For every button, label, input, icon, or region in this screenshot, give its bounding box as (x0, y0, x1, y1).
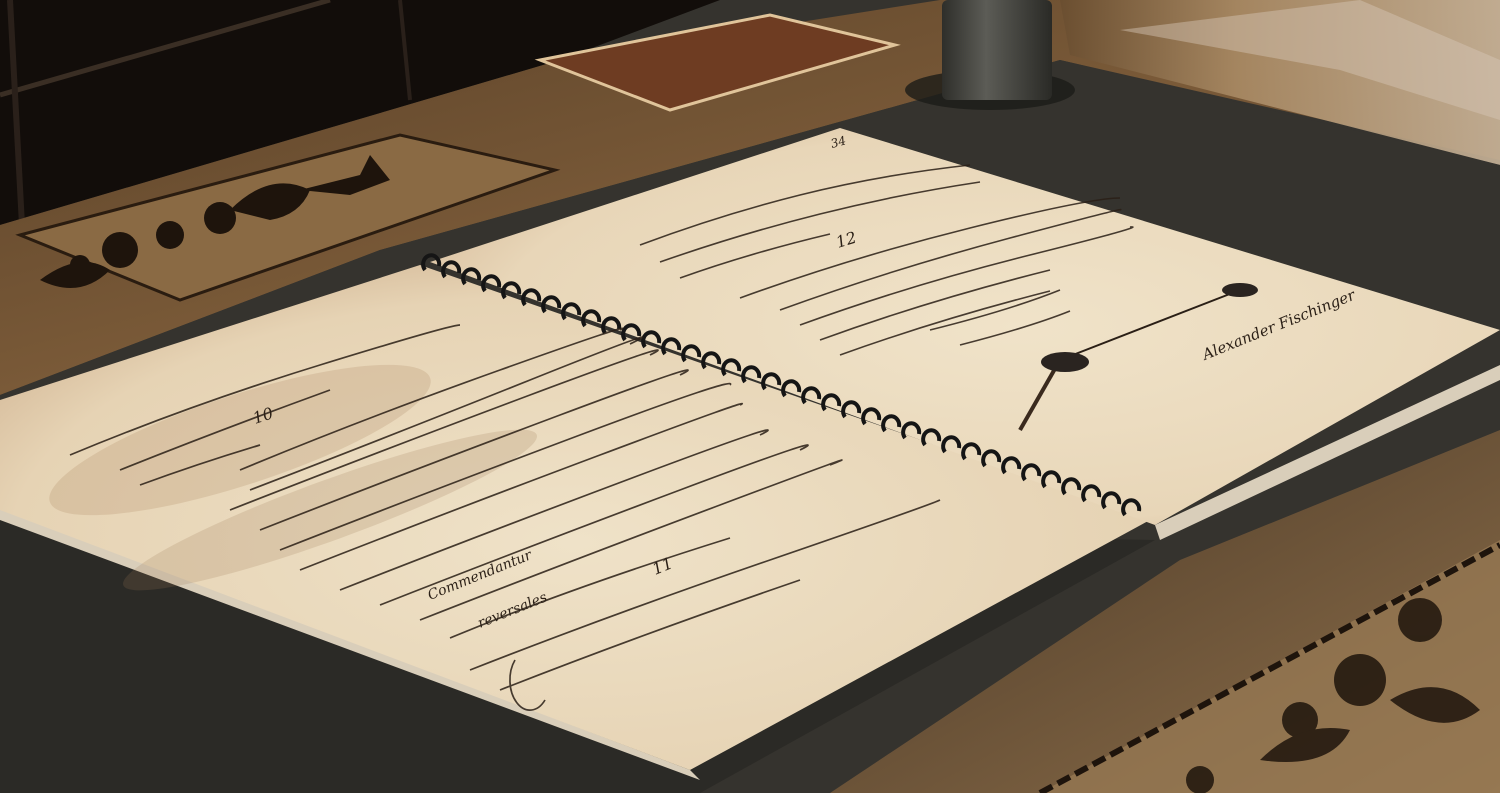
pewter-cup (942, 0, 1052, 100)
photo-scene: 34 12 Alexander Fischinger 10 1 (0, 0, 1500, 793)
scene-illustration: 34 12 Alexander Fischinger 10 1 (0, 0, 1500, 793)
wax-seal (1041, 352, 1089, 372)
